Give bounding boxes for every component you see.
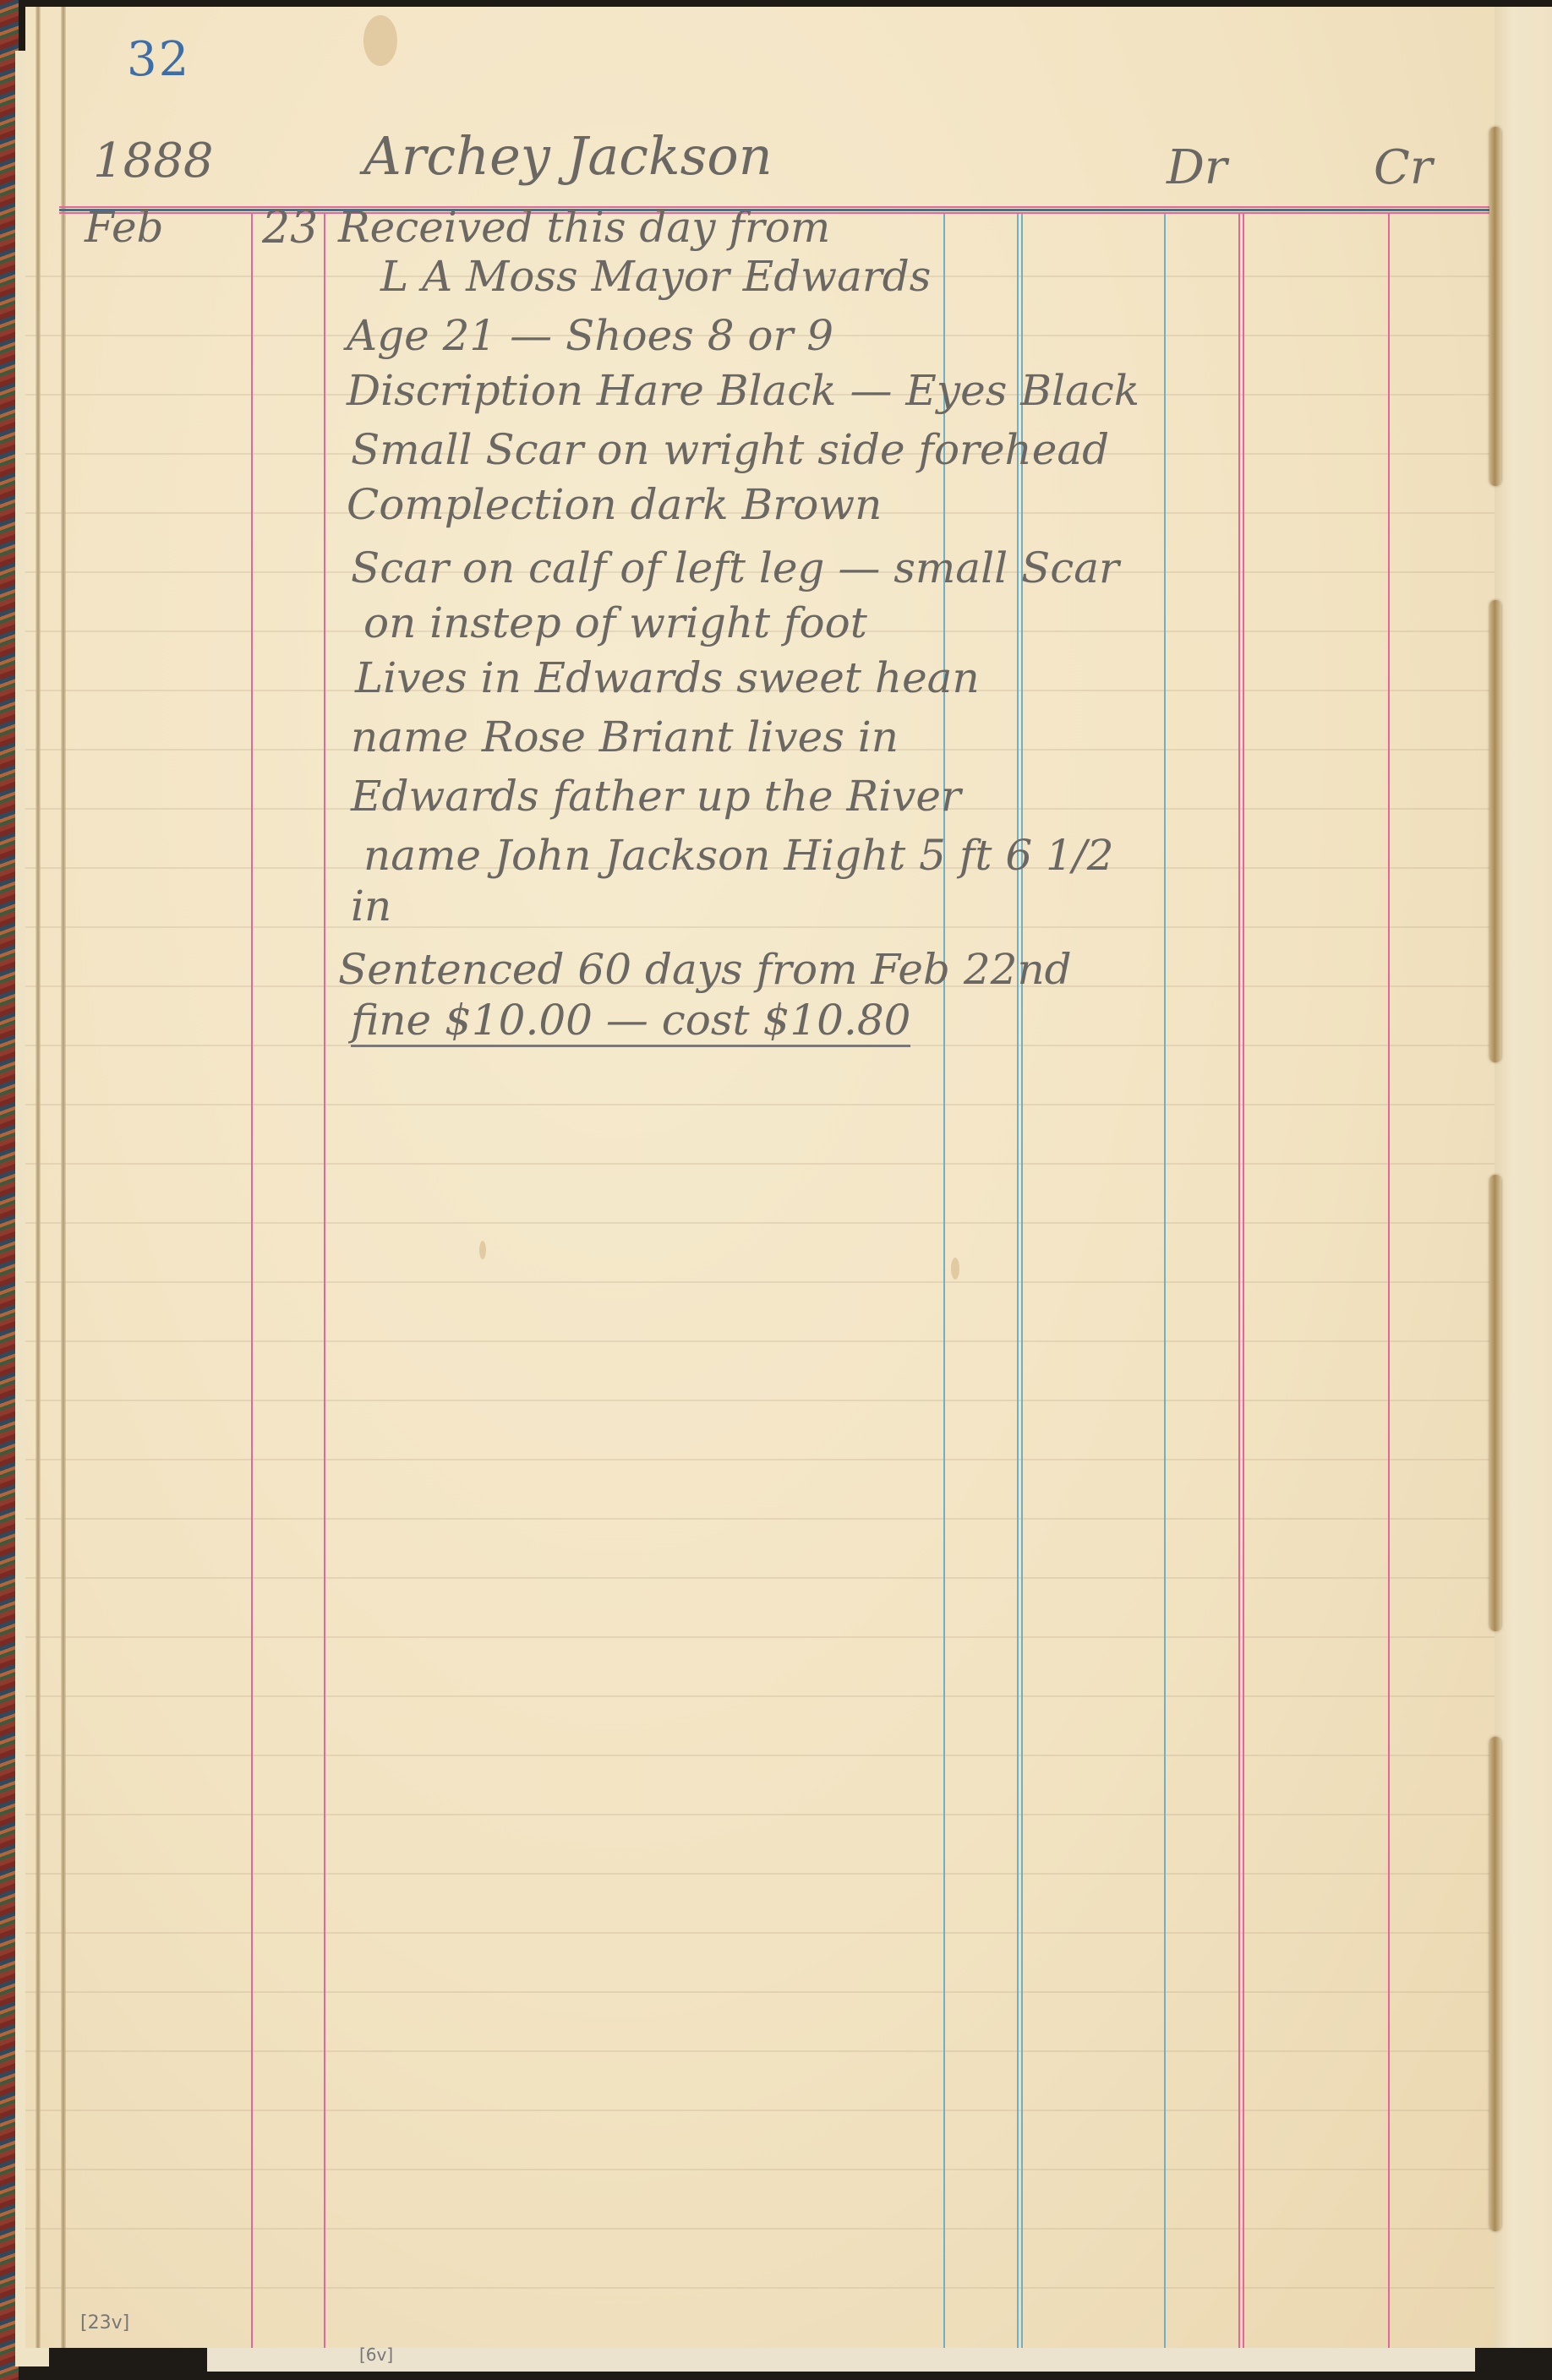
entry-line: Edwards father up the River: [351, 772, 961, 821]
ruled-line: [25, 1104, 1505, 1105]
binding-stitch: [1489, 1737, 1501, 2231]
entry-line: Complection dark Brown: [347, 480, 882, 529]
ruled-line: [25, 1873, 1505, 1875]
entry-line: Scar on calf of left leg — small Scar: [351, 543, 1119, 592]
entry-day: 23: [262, 203, 318, 254]
ruled-line: [25, 2169, 1505, 2170]
ruled-line: [25, 2228, 1505, 2230]
credit-label: Cr: [1374, 140, 1433, 195]
entry-line: Small Scar on wright side forehead: [351, 425, 1109, 474]
ruled-line: [25, 926, 1505, 928]
debit-label: Dr: [1167, 140, 1227, 195]
ruled-line: [25, 2110, 1505, 2111]
ruled-line: [25, 1163, 1505, 1165]
entry-line: L A Moss Mayor Edwards: [380, 252, 931, 301]
account-name: Archey Jackson: [363, 125, 773, 187]
underlying-sheet: [6v]: [207, 2348, 1475, 2372]
amount-column-rule-double: [1017, 213, 1019, 2348]
ruled-line: [25, 2050, 1505, 2052]
date-column-rule: [251, 213, 253, 2348]
ruled-line: [25, 1814, 1505, 1815]
ruled-line: [25, 1459, 1505, 1460]
entry-line: Discription Hare Black — Eyes Black: [347, 366, 1139, 415]
ruled-line: [25, 1518, 1505, 1520]
amount-column-rule: [1164, 213, 1166, 2348]
fine-cost-line: fine $10.00 — cost $10.80: [351, 996, 910, 1047]
gutter-line: [36, 7, 41, 2348]
facing-page-edge: [1495, 7, 1552, 2348]
ruled-line: [25, 1577, 1505, 1579]
stain: [363, 15, 397, 66]
day-column-rule: [324, 213, 325, 2348]
ruled-line: [25, 1991, 1505, 1993]
amount-column-rule-double: [1021, 213, 1023, 2348]
credit-column-rule: [1388, 213, 1390, 2348]
entry-line: Lives in Edwards sweet hean: [355, 653, 980, 702]
entry-line: Received this day from: [338, 203, 830, 252]
ruled-line: [25, 1755, 1505, 1756]
ruled-line: [25, 1932, 1505, 1934]
debit-column-rule-double: [1243, 213, 1244, 2348]
header-year: 1888: [93, 134, 214, 188]
ruled-line: [25, 1695, 1505, 1697]
ledger-page: 32 1888 Archey Jackson Dr Cr Feb 23 Rece…: [25, 7, 1505, 2348]
binding-stitch: [1489, 127, 1501, 486]
entry-line: name Rose Briant lives in: [351, 712, 899, 761]
ruled-line: [25, 1340, 1505, 1342]
entry-line: on instep of wright foot: [363, 598, 867, 647]
ruled-line: [25, 2287, 1505, 2289]
page-number: 32: [127, 32, 190, 87]
entry-line: name John Jackson Hight 5 ft 6 1/2: [363, 831, 1114, 880]
ruled-line: [25, 1636, 1505, 1638]
ruled-line: [25, 1400, 1505, 1401]
amount-column-rule: [943, 213, 945, 2348]
debit-column-rule-double: [1238, 213, 1240, 2348]
entry-line: Age 21 — Shoes 8 or 9: [347, 311, 833, 360]
entry-month: Feb: [85, 203, 164, 252]
binding-stitch: [1489, 600, 1501, 1062]
ruled-line: [25, 1281, 1505, 1283]
stain: [951, 1258, 959, 1280]
ruled-line: [25, 1222, 1505, 1224]
underlying-folio-label: [6v]: [359, 2345, 393, 2365]
sentence-line: Sentenced 60 days from Feb 22nd: [338, 945, 1072, 994]
binding-stitch: [1489, 1175, 1501, 1631]
entry-line: in: [351, 882, 391, 931]
stain: [479, 1241, 486, 1259]
gutter-line: [61, 7, 66, 2348]
folio-label: [23v]: [80, 2312, 129, 2334]
